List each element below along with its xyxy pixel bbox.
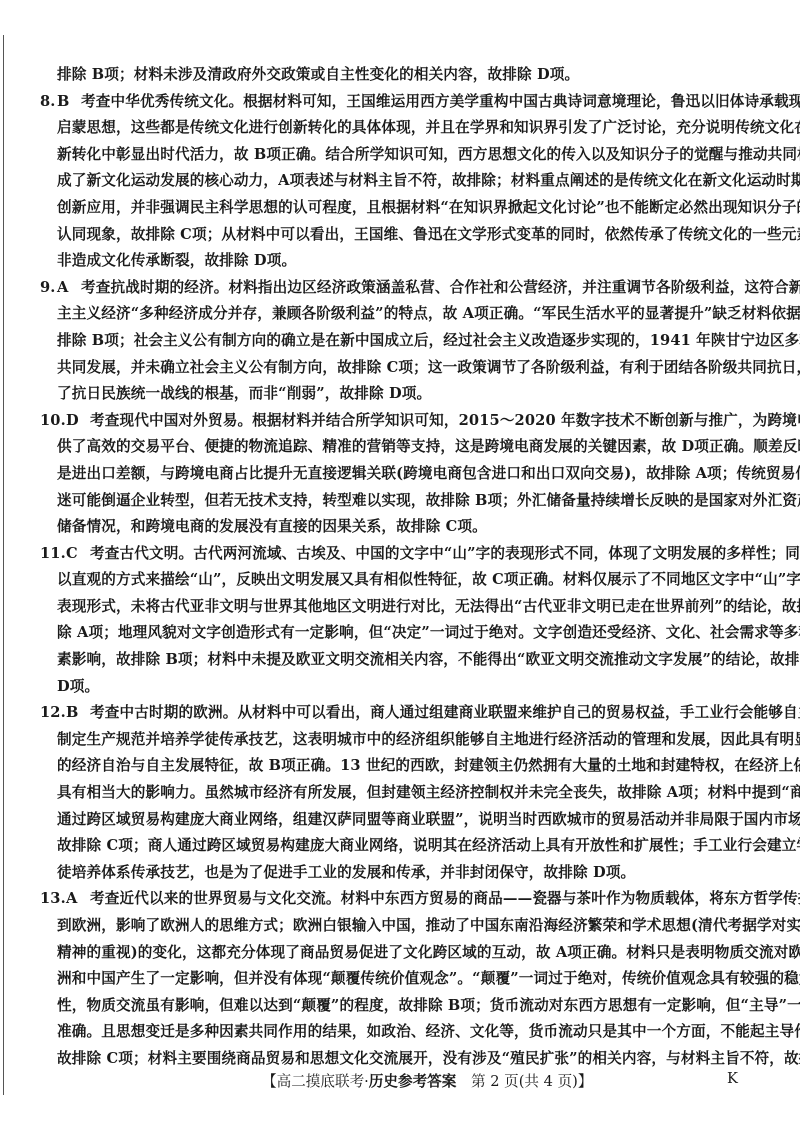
- answer-text-line: 考查中华优秀传统文化。根据材料可知，王国维运用西方美学重构中国古典诗词意境理论，…: [81, 93, 800, 110]
- answer-text-line: 徒培养体系传承技艺，也是为了促进手工业的发展和传承，并非封闭保守，故排除 D项。: [40, 860, 732, 887]
- answer-text-line: 主主义经济“多种经济成分并存，兼顾各阶级利益”的特点，故 A项正确。“军民生活水…: [40, 301, 732, 328]
- answer-text-line: 启蒙思想，这些都是传统文化进行创新转化的具体体现，并且在学界和知识界引发了广泛讨…: [40, 115, 732, 142]
- answer-text-line: 除 A项；地理风貌对文字创造形式有一定影响，但“决定”一词过于绝对。文字创造还受…: [40, 620, 732, 647]
- question-13: 13.A考查近代以来的世界贸易与文化交流。材料中东西方贸易的商品——瓷器与茶叶作…: [40, 886, 732, 1072]
- answer-letter: C: [66, 541, 90, 568]
- answer-text-line: 考查中古时期的欧洲。从材料中可以看出，商人通过组建商业联盟来维护自己的贸易权益，…: [90, 704, 800, 721]
- question-number: 9.: [40, 275, 57, 302]
- page-footer: 【高二摸底联考·历史参考答案 第 2 页(共 4 页)】 K: [0, 1070, 800, 1094]
- answer-text-line: 的经济自治与自主发展特征，故 B项正确。13 世纪的西欧，封建领主仍然拥有大量的…: [40, 753, 732, 780]
- answer-text-line: 了抗日民族统一战线的根基，而非“削弱”，故排除 D项。: [40, 381, 732, 408]
- answer-text-line: 排除 B项；社会主义公有制方向的确立是在新中国成立后，经过社会主义改造逐步实现的…: [40, 328, 732, 355]
- answer-text-line: 考查抗战时期的经济。材料指出边区经济政策涵盖私营、合作社和公营经济，并注重调节各…: [81, 279, 800, 296]
- answer-letter: A: [57, 275, 81, 302]
- question-12: 12.B考查中古时期的欧洲。从材料中可以看出，商人通过组建商业联盟来维护自己的贸…: [40, 700, 732, 886]
- answer-text-line: 制定生产规范并培养学徒传承技艺，这表明城市中的经济组织能够自主地进行经济活动的管…: [40, 727, 732, 754]
- answer-text-line: 考查古代文明。古代两河流域、古埃及、中国的文字中“山”字的表现形式不同，体现了文…: [90, 545, 800, 562]
- answer-text-line: 通过跨区域贸易构建庞大商业网络，组建汉萨同盟等商业联盟”，说明当时西欧城市的贸易…: [40, 807, 732, 834]
- answer-text-line: 认同现象，故排除 C项；从材料中可以看出，王国维、鲁迅在文学形式变革的同时，依然…: [40, 222, 732, 249]
- answer-text-line: 表现形式，未将古代亚非文明与世界其他地区文明进行对比，无法得出“古代亚非文明已走…: [40, 594, 732, 621]
- question-8: 8.B考查中华优秀传统文化。根据材料可知，王国维运用西方美学重构中国古典诗词意境…: [40, 89, 732, 275]
- footer-page-number: 第 2 页(共 4 页)】: [456, 1073, 592, 1090]
- question-number: 13.: [40, 886, 66, 913]
- answer-text-line: 考查现代中国对外贸易。根据材料并结合所学知识可知，2015～2020 年数字技术…: [90, 412, 800, 429]
- left-margin-rule: [3, 35, 4, 1095]
- answer-text-line: 成了新文化运动发展的核心动力，A项表述与材料主旨不符，故排除；材料重点阐述的是传…: [40, 168, 732, 195]
- footer-exam-name: 【高二摸底联考·: [262, 1073, 369, 1090]
- answer-text-line: 考查近代以来的世界贸易与文化交流。材料中东西方贸易的商品——瓷器与茶叶作为物质载…: [90, 890, 800, 907]
- footer-title: 【高二摸底联考·历史参考答案 第 2 页(共 4 页)】: [262, 1070, 592, 1091]
- answer-letter: D: [66, 408, 90, 435]
- answer-letter: A: [66, 886, 90, 913]
- answer-text-line: 非造成文化传承断裂，故排除 D项。: [40, 248, 732, 275]
- answer-text-line: 故排除 C项；商人通过跨区域贸易构建庞大商业网络，说明其在经济活动上具有开放性和…: [40, 833, 732, 860]
- answer-text-line: 共同发展，并未确立社会主义公有制方向，故排除 C项；这一政策调节了各阶级利益，有…: [40, 355, 732, 382]
- question-number: 8.: [40, 89, 57, 116]
- answer-text-line: 素影响，故排除 B项；材料中未提及欧亚文明交流相关内容，不能得出“欧亚文明交流推…: [40, 647, 732, 674]
- answer-text-line: 到欧洲，影响了欧洲人的思维方式；欧洲白银输入中国，推动了中国东南沿海经济繁荣和学…: [40, 913, 732, 940]
- answer-text-line: D项。: [40, 674, 732, 701]
- footer-version-code: K: [727, 1070, 738, 1087]
- question-11: 11.C考查古代文明。古代两河流域、古埃及、中国的文字中“山”字的表现形式不同，…: [40, 541, 732, 701]
- answer-text-line: 故排除 C项；材料主要围绕商品贸易和思想文化交流展开，没有涉及“殖民扩张”的相关…: [40, 1046, 732, 1073]
- answer-letter: B: [57, 89, 81, 116]
- answer-page: 排除 B项；材料未涉及清政府外交政策或自主性变化的相关内容，故排除 D项。 8.…: [40, 62, 732, 1073]
- answer-text-line: 是进出口差额，与跨境电商占比提升无直接逻辑关联(跨境电商包含进口和出口双向交易)…: [40, 461, 732, 488]
- footer-subject: 历史参考答案: [369, 1073, 457, 1090]
- question-number: 12.: [40, 700, 66, 727]
- continuation-line: 排除 B项；材料未涉及清政府外交政策或自主性变化的相关内容，故排除 D项。: [40, 62, 732, 89]
- answer-text-line: 准确。且思想变迁是多种因素共同作用的结果，如政治、经济、文化等，货币流动只是其中…: [40, 1019, 732, 1046]
- answer-text-line: 精神的重视)的变化，这都充分体现了商品贸易促进了文化跨区域的互动，故 A项正确。…: [40, 940, 732, 967]
- answer-text-line: 洲和中国产生了一定影响，但并没有体现“颠覆传统价值观念”。“颠覆”一词过于绝对，…: [40, 966, 732, 993]
- answer-text-line: 迷可能倒逼企业转型，但若无技术支持，转型难以实现，故排除 B项；外汇储备量持续增…: [40, 488, 732, 515]
- answer-text-line: 具有相当大的影响力。虽然城市经济有所发展，但封建领主经济控制权并未完全丧失，故排…: [40, 780, 732, 807]
- question-number: 10.: [40, 408, 66, 435]
- answer-text-line: 储备情况，和跨境电商的发展没有直接的因果关系，故排除 C项。: [40, 514, 732, 541]
- answer-text-line: 供了高效的交易平台、便捷的物流追踪、精准的营销等支持，这是跨境电商发展的关键因素…: [40, 434, 732, 461]
- answer-text-line: 创新应用，并非强调民主科学思想的认可程度，且根据材料“在知识界掀起文化讨论”也不…: [40, 195, 732, 222]
- question-9: 9.A考查抗战时期的经济。材料指出边区经济政策涵盖私营、合作社和公营经济，并注重…: [40, 275, 732, 408]
- answer-text-line: 以直观的方式来描绘“山”，反映出文明发展又具有相似性特征，故 C项正确。材料仅展…: [40, 567, 732, 594]
- question-number: 11.: [40, 541, 66, 568]
- question-10: 10.D考查现代中国对外贸易。根据材料并结合所学知识可知，2015～2020 年…: [40, 408, 732, 541]
- answer-text-line: 性，物质交流虽有影响，但难以达到“颠覆”的程度，故排除 B项；货币流动对东西方思…: [40, 993, 732, 1020]
- answer-letter: B: [66, 700, 90, 727]
- answer-text-line: 新转化中彰显出时代活力，故 B项正确。结合所学知识可知，西方思想文化的传入以及知…: [40, 142, 732, 169]
